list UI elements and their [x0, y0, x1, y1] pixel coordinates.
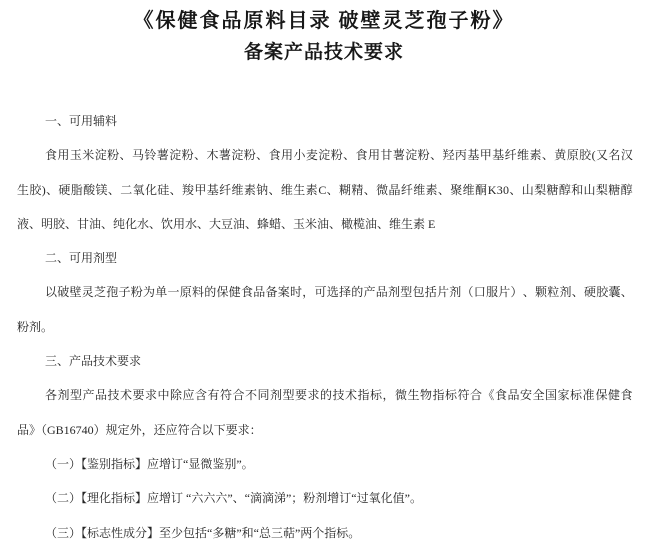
- doc-line-dosage-forms-2: 粉剂。: [17, 310, 633, 344]
- doc-line-requirements-2: 品》（GB16740）规定外，还应符合以下要求：: [17, 413, 633, 447]
- doc-line-excipients-2: 生胶)、硬脂酸镁、二氧化硅、羧甲基纤维素钠、维生素 C、糊精、微晶纤维素、聚维酮…: [17, 173, 633, 207]
- document-subtitle: 备案产品技术要求: [0, 41, 648, 65]
- document-title: 《保健食品原料目录 破壁灵芝孢子粉》: [0, 8, 648, 34]
- doc-line-item-3: （三）【标志性成分】至少包括“多糖”和“总三萜”两个指标。: [17, 516, 633, 550]
- section-heading-3: 三、产品技术要求: [17, 344, 633, 378]
- document-body: 一、可用辅料 食用玉米淀粉、马铃薯淀粉、木薯淀粉、食用小麦淀粉、食用甘薯淀粉、羟…: [17, 104, 633, 550]
- doc-line-excipients-3: 液、明胶、甘油、纯化水、饮用水、大豆油、蜂蜡、玉米油、橄榄油、维生素 E: [17, 207, 633, 241]
- section-heading-1: 一、可用辅料: [17, 104, 633, 138]
- doc-line-excipients-1: 食用玉米淀粉、马铃薯淀粉、木薯淀粉、食用小麦淀粉、食用甘薯淀粉、羟丙基甲基纤维素…: [17, 138, 633, 172]
- doc-line-dosage-forms-1: 以破壁灵芝孢子粉为单一原料的保健食品备案时，可选择的产品剂型包括片剂（口服片）、…: [17, 275, 633, 309]
- document-page: 《保健食品原料目录 破壁灵芝孢子粉》 备案产品技术要求 一、可用辅料 食用玉米淀…: [0, 0, 648, 560]
- doc-line-requirements-1: 各剂型产品技术要求中除应含有符合不同剂型要求的技术指标，微生物指标符合《食品安全…: [17, 378, 633, 412]
- doc-line-item-2: （二）【理化指标】应增订 “六六六”、“滴滴涕”；粉剂增订“过氧化值”。: [17, 481, 633, 515]
- section-heading-2: 二、可用剂型: [17, 241, 633, 275]
- doc-line-item-1: （一）【鉴别指标】应增订“显微鉴别”。: [17, 447, 633, 481]
